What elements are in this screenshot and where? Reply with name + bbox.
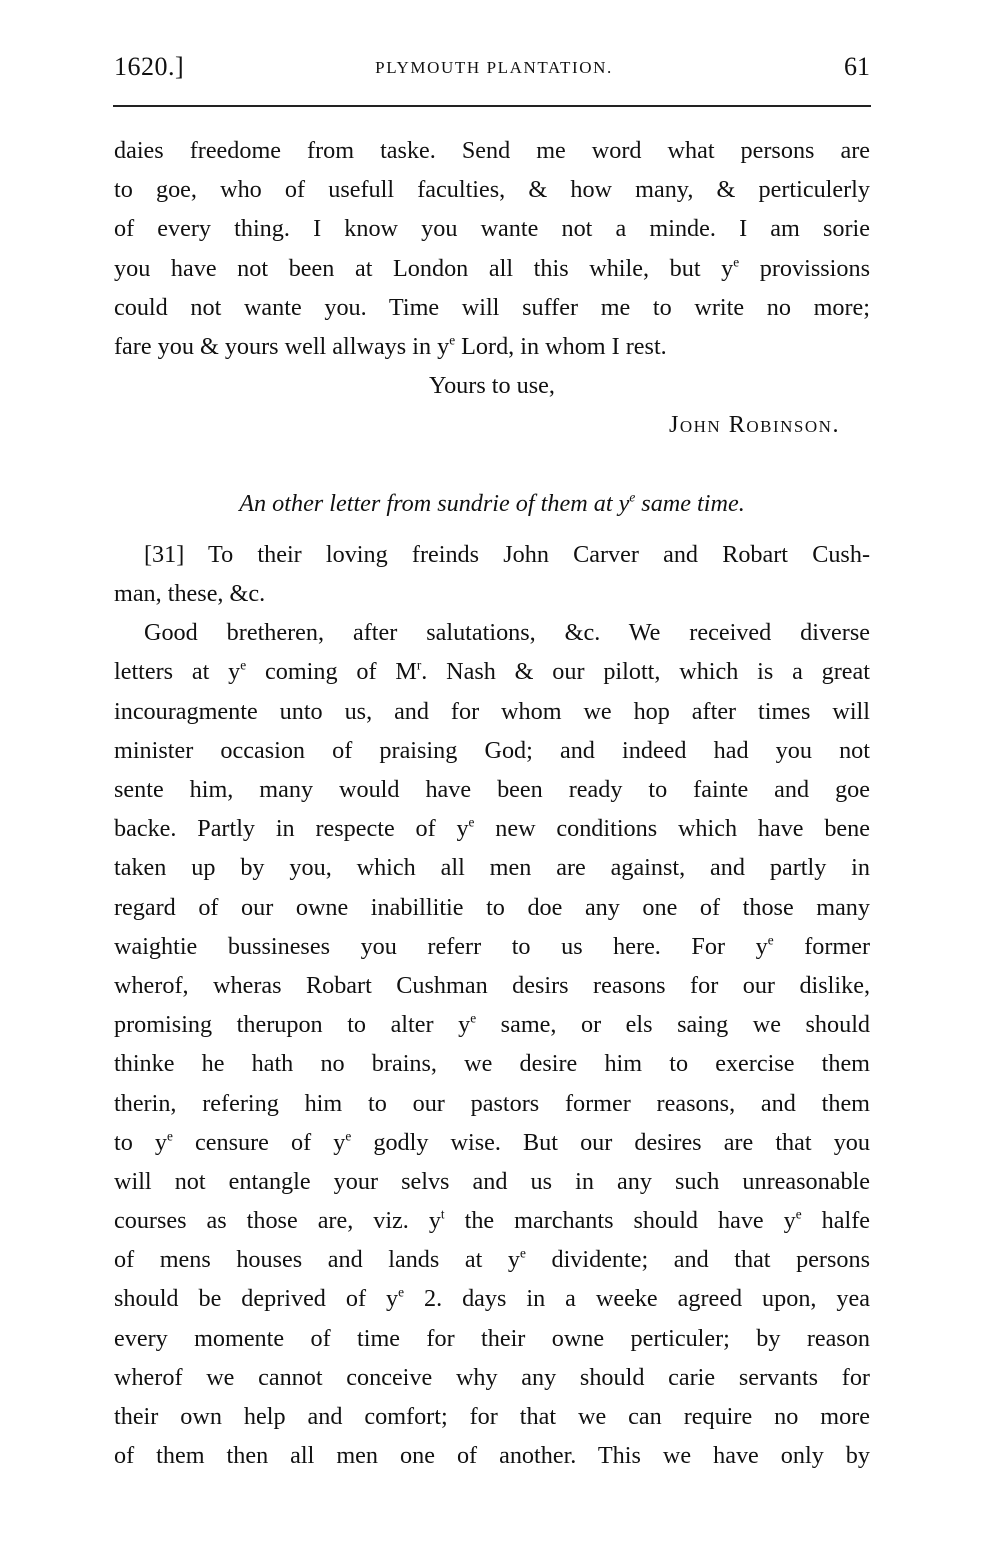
superscript-abbrev: e	[240, 658, 246, 673]
text-line: therin, refering him to our pastors form…	[114, 1084, 870, 1123]
superscript-abbrev: e	[398, 1285, 404, 1300]
text-line: backe. Partly in respecte of ye new cond…	[114, 809, 870, 848]
text-line: regard of our owne inabillitie to doe an…	[114, 888, 870, 927]
superscript-abbrev: e	[796, 1207, 802, 1222]
running-head: 1620.] Plymouth Plantation. 61	[114, 52, 870, 86]
text-line: courses as those are, viz. yt the marcha…	[114, 1201, 870, 1240]
superscript-abbrev: t	[441, 1207, 445, 1222]
text-line: wherof we cannot conceive why any should…	[114, 1358, 870, 1397]
section-heading: An other letter from sundrie of them at …	[114, 484, 870, 523]
text-line: letters at ye coming of Mr. Nash & our p…	[114, 652, 870, 691]
text-line: their own help and comfort; for that we …	[114, 1397, 870, 1436]
text-line: could not wante you. Time will suffer me…	[114, 288, 870, 327]
text-line: should be deprived of ye 2. days in a we…	[114, 1279, 870, 1318]
valediction: Yours to use,	[114, 366, 870, 405]
text-line: promising therupon to alter ye same, or …	[114, 1005, 870, 1044]
text-line: incouragmente unto us, and for whom we h…	[114, 692, 870, 731]
page-number: 61	[844, 52, 870, 82]
running-head-title: Plymouth Plantation.	[114, 58, 870, 78]
book-page: 1620.] Plymouth Plantation. 61 daies fre…	[0, 0, 1000, 1555]
superscript-abbrev: e	[520, 1246, 526, 1261]
superscript-abbrev: e	[629, 489, 635, 504]
text-line: to goe, who of usefull faculties, & how …	[114, 170, 870, 209]
text-line: man, these, &c.	[114, 574, 870, 613]
superscript-abbrev: e	[469, 815, 475, 830]
text-line: [31] To their loving freinds John Carver…	[114, 535, 870, 574]
header-rule	[113, 105, 871, 107]
superscript-abbrev: e	[768, 932, 774, 947]
text-line: sente him, many would have been ready to…	[114, 770, 870, 809]
text-line: daies freedome from taske. Send me word …	[114, 131, 870, 170]
superscript-abbrev: e	[167, 1128, 173, 1143]
superscript-abbrev: e	[345, 1128, 351, 1143]
text-line: Good bretheren, after salutations, &c. W…	[114, 613, 870, 652]
text-line: will not entangle your selvs and us in a…	[114, 1162, 870, 1201]
text-line: minister occasion of praising God; and i…	[114, 731, 870, 770]
superscript-abbrev: e	[733, 254, 739, 269]
letter-close-paragraph: daies freedome from taske. Send me word …	[114, 131, 870, 366]
text-line: every momente of time for their owne per…	[114, 1319, 870, 1358]
text-line: of them then all men one of another. Thi…	[114, 1436, 870, 1475]
text-line: fare you & yours well allways in ye Lord…	[114, 327, 870, 366]
text-line: to ye censure of ye godly wise. But our …	[114, 1123, 870, 1162]
superscript-abbrev: e	[470, 1011, 476, 1026]
text-line: wherof, wheras Robart Cushman desirs rea…	[114, 966, 870, 1005]
text-line: of every thing. I know you wante not a m…	[114, 209, 870, 248]
spacer	[114, 445, 870, 484]
superscript-abbrev: r	[417, 658, 421, 673]
address-paragraph: [31] To their loving freinds John Carver…	[114, 535, 870, 613]
text-line: taken up by you, which all men are again…	[114, 848, 870, 887]
text-line: of mens houses and lands at ye dividente…	[114, 1240, 870, 1279]
signature: John Robinson.	[114, 405, 870, 444]
text-line: waightie bussineses you referr to us her…	[114, 927, 870, 966]
page-body: daies freedome from taske. Send me word …	[114, 131, 870, 1475]
superscript-abbrev: e	[449, 333, 455, 348]
text-line: thinke he hath no brains, we desire him …	[114, 1044, 870, 1083]
text-line: you have not been at London all this whi…	[114, 249, 870, 288]
second-letter-paragraph: Good bretheren, after salutations, &c. W…	[114, 613, 870, 1475]
